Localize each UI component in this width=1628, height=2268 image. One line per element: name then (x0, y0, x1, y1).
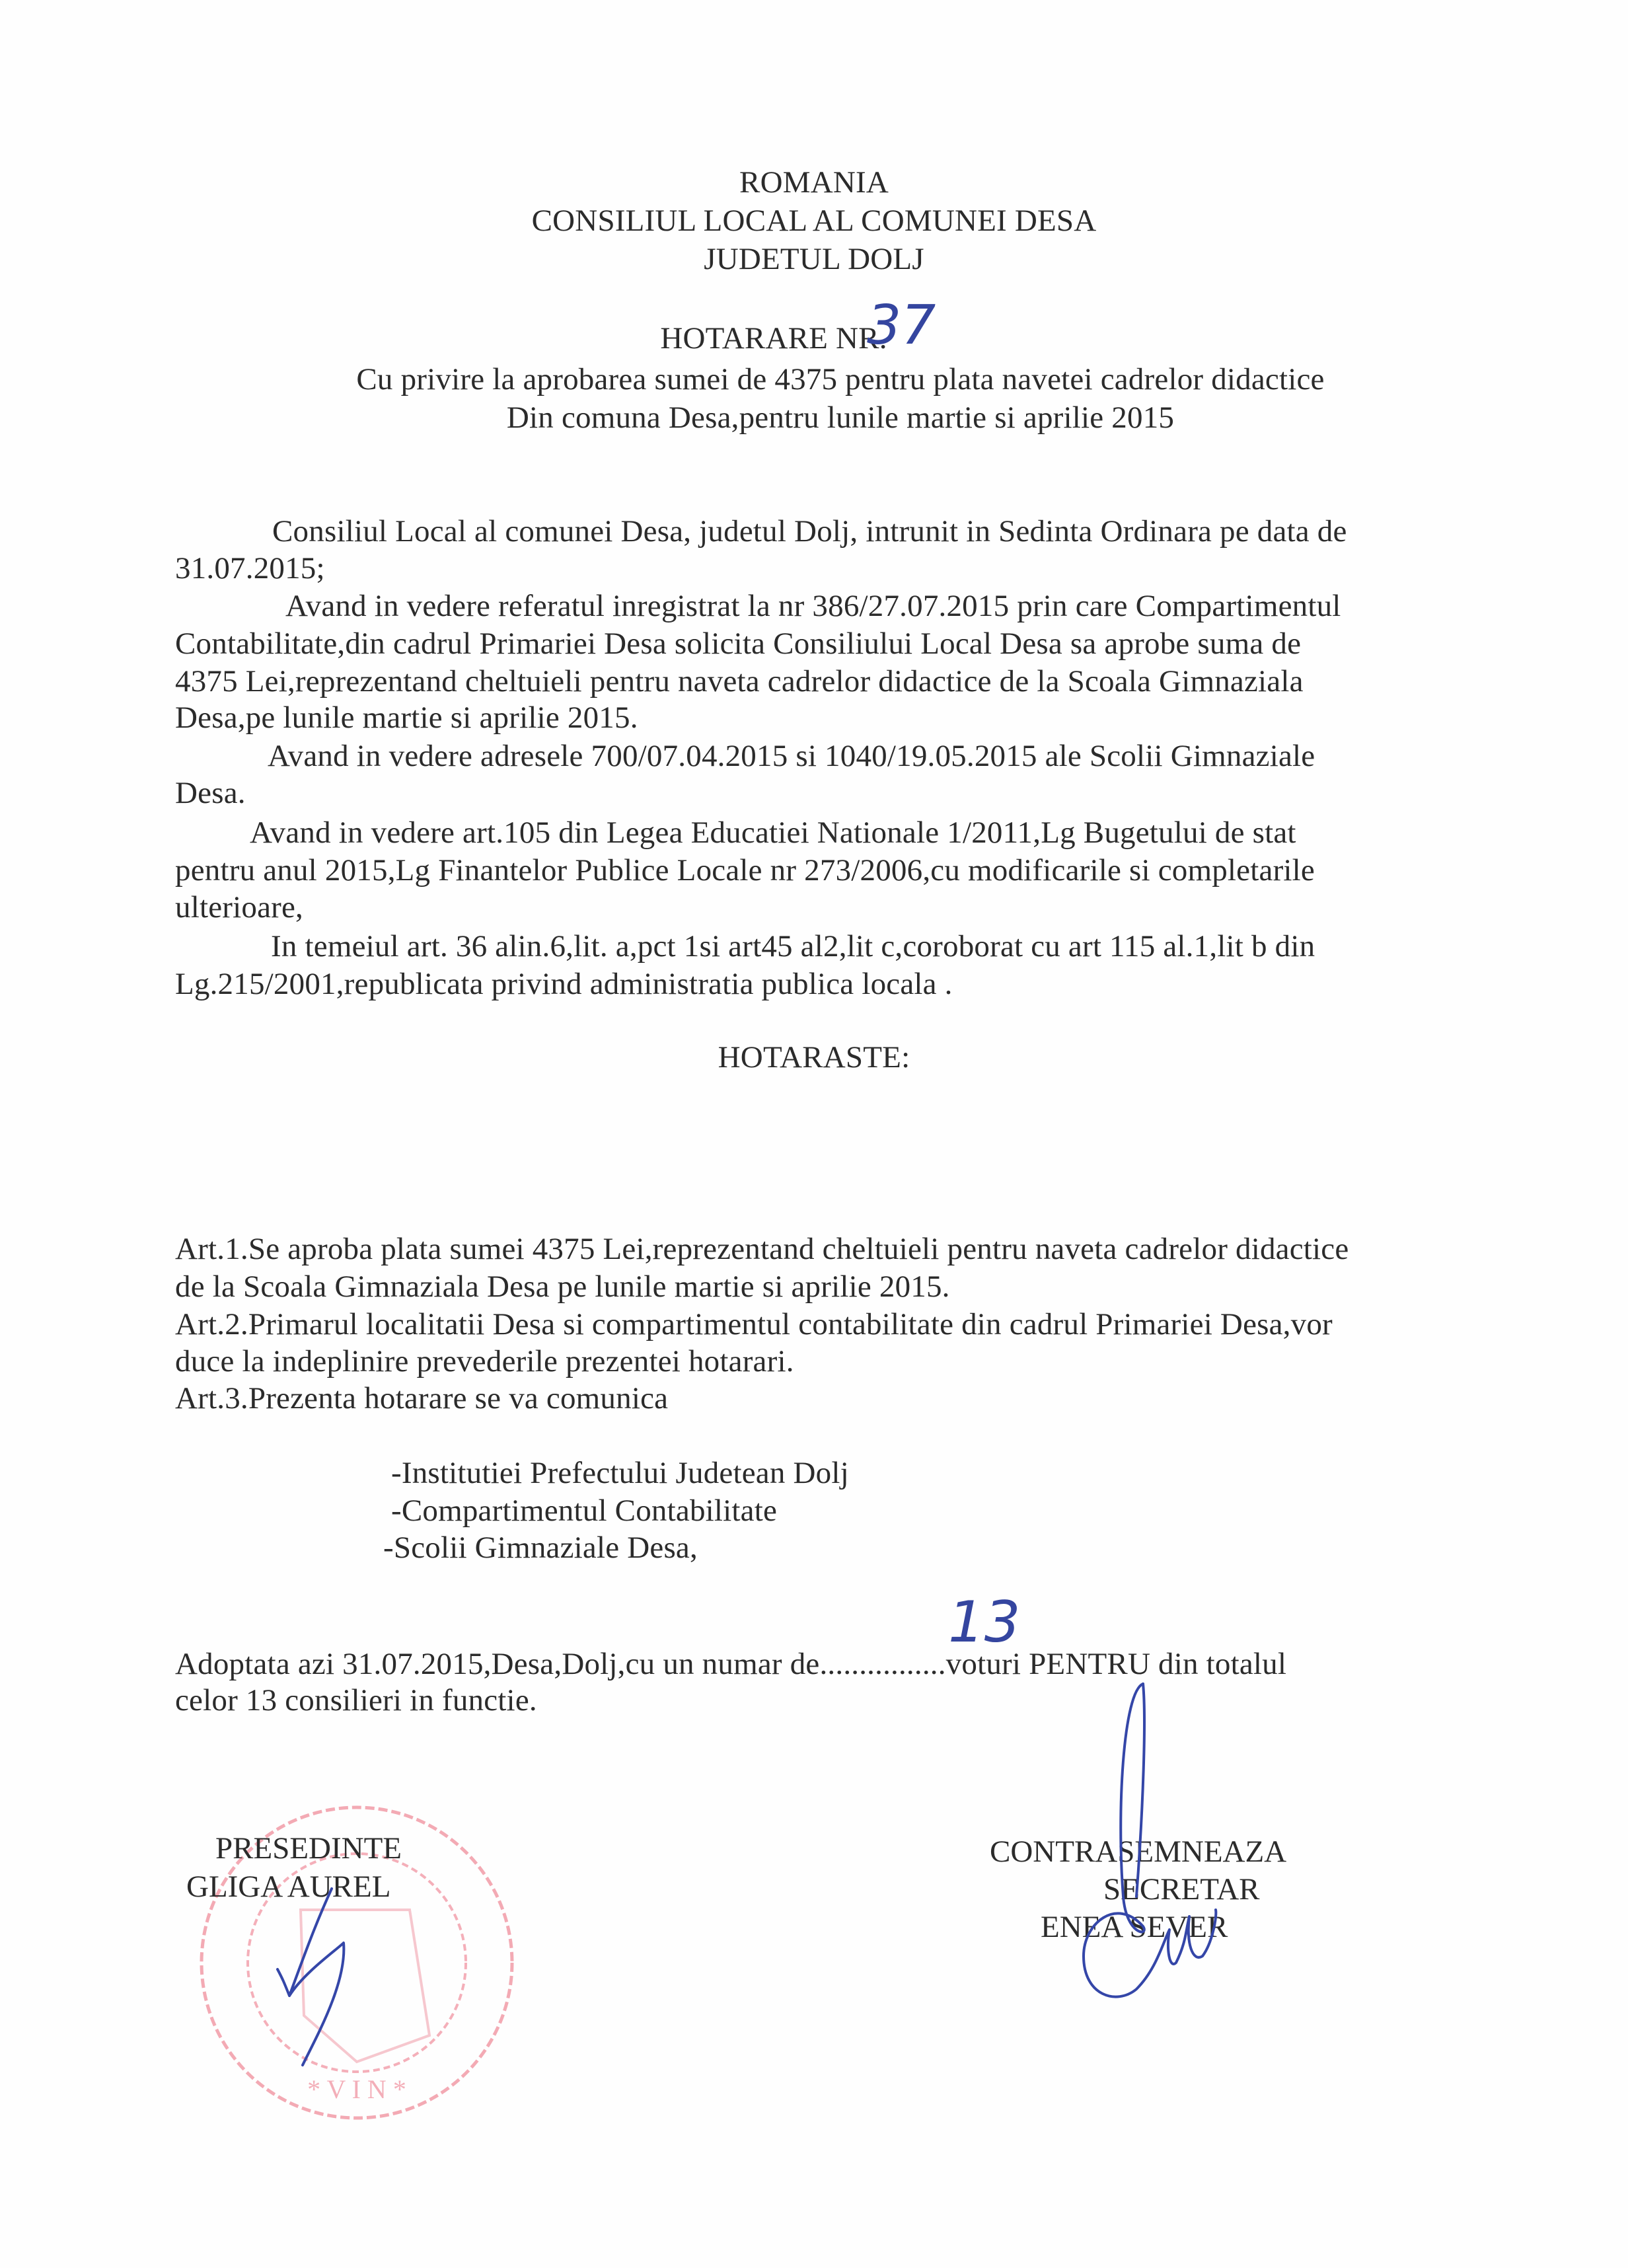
votes-handwritten: 13 (948, 1589, 1020, 1655)
preamble-line: ulterioare, (175, 889, 303, 926)
secretary-role: SECRETAR (1103, 1870, 1260, 1909)
article-line: Art.2.Primarul localitatii Desa si compa… (175, 1306, 1333, 1343)
adoption-line-2: celor 13 consilieri in functie. (175, 1682, 537, 1719)
preamble-line: Desa. (175, 775, 246, 812)
article-line: Art.3.Prezenta hotarare se va comunica (175, 1380, 668, 1417)
preamble-line: Consiliul Local al comunei Desa, judetul… (272, 513, 1347, 550)
article-line: duce la indeplinire prevederile prezente… (175, 1343, 794, 1380)
adoption-text-before: Adoptata azi 31.07.2015,Desa,Dolj,cu un … (175, 1647, 819, 1681)
document-page: ROMANIA CONSILIUL LOCAL AL COMUNEI DESA … (0, 0, 1628, 2268)
secretary-name: ENEA SEVER (1041, 1908, 1228, 1946)
subject-line-2: Din comuna Desa,pentru lunile martie si … (26, 399, 1628, 436)
article-line: de la Scoala Gimnaziala Desa pe lunile m… (175, 1268, 950, 1305)
preamble-line: Desa,pe lunile martie si aprilie 2015. (175, 699, 638, 736)
recipient-item: -Scolii Gimnaziale Desa, (383, 1529, 698, 1566)
preamble-line: Contabilitate,din cadrul Primariei Desa … (175, 625, 1301, 662)
recipient-item: -Compartimentul Contabilitate (391, 1492, 777, 1529)
preamble-line: Avand in vedere adresele 700/07.04.2015 … (268, 737, 1315, 775)
recipient-item: -Institutiei Prefectului Judetean Dolj (391, 1455, 849, 1492)
header-county: JUDETUL DOLJ (0, 241, 1628, 278)
header-country: ROMANIA (0, 164, 1628, 201)
countersign-title: CONTRASEMNEAZA (990, 1833, 1286, 1871)
decides-heading: HOTARASTE: (0, 1039, 1628, 1076)
article-line: Art.1.Se aproba plata sumei 4375 Lei,rep… (175, 1230, 1349, 1267)
adoption-line-1: Adoptata azi 31.07.2015,Desa,Dolj,cu un … (175, 1645, 1286, 1682)
preamble-line: 4375 Lei,reprezentand cheltuieli pentru … (175, 663, 1304, 700)
preamble-line: Lg.215/2001,republicata privind administ… (175, 965, 953, 1002)
decision-label: HOTARARE NR. (660, 321, 887, 356)
preamble-line: 31.07.2015; (175, 550, 325, 587)
preamble-line: Avand in vedere referatul inregistrat la… (285, 587, 1341, 624)
decision-title: HOTARARE NR. (0, 320, 1628, 357)
header-council: CONSILIUL LOCAL AL COMUNEI DESA (0, 202, 1628, 239)
subject-line-1: Cu privire la aprobarea sumei de 4375 pe… (26, 361, 1628, 398)
preamble-line: In temeiul art. 36 alin.6,lit. a,pct 1si… (271, 928, 1315, 965)
decision-number-handwritten: 37 (867, 294, 936, 357)
preamble-line: Avand in vedere art.105 din Legea Educat… (250, 814, 1296, 851)
president-name: GLIGA AUREL (186, 1868, 390, 1906)
svg-text:* V I N *: * V I N * (307, 2074, 406, 2104)
adoption-dots: ................ (819, 1647, 945, 1681)
preamble-line: pentru anul 2015,Lg Finantelor Publice L… (175, 852, 1315, 889)
president-title: PRESEDINTE (215, 1829, 402, 1868)
